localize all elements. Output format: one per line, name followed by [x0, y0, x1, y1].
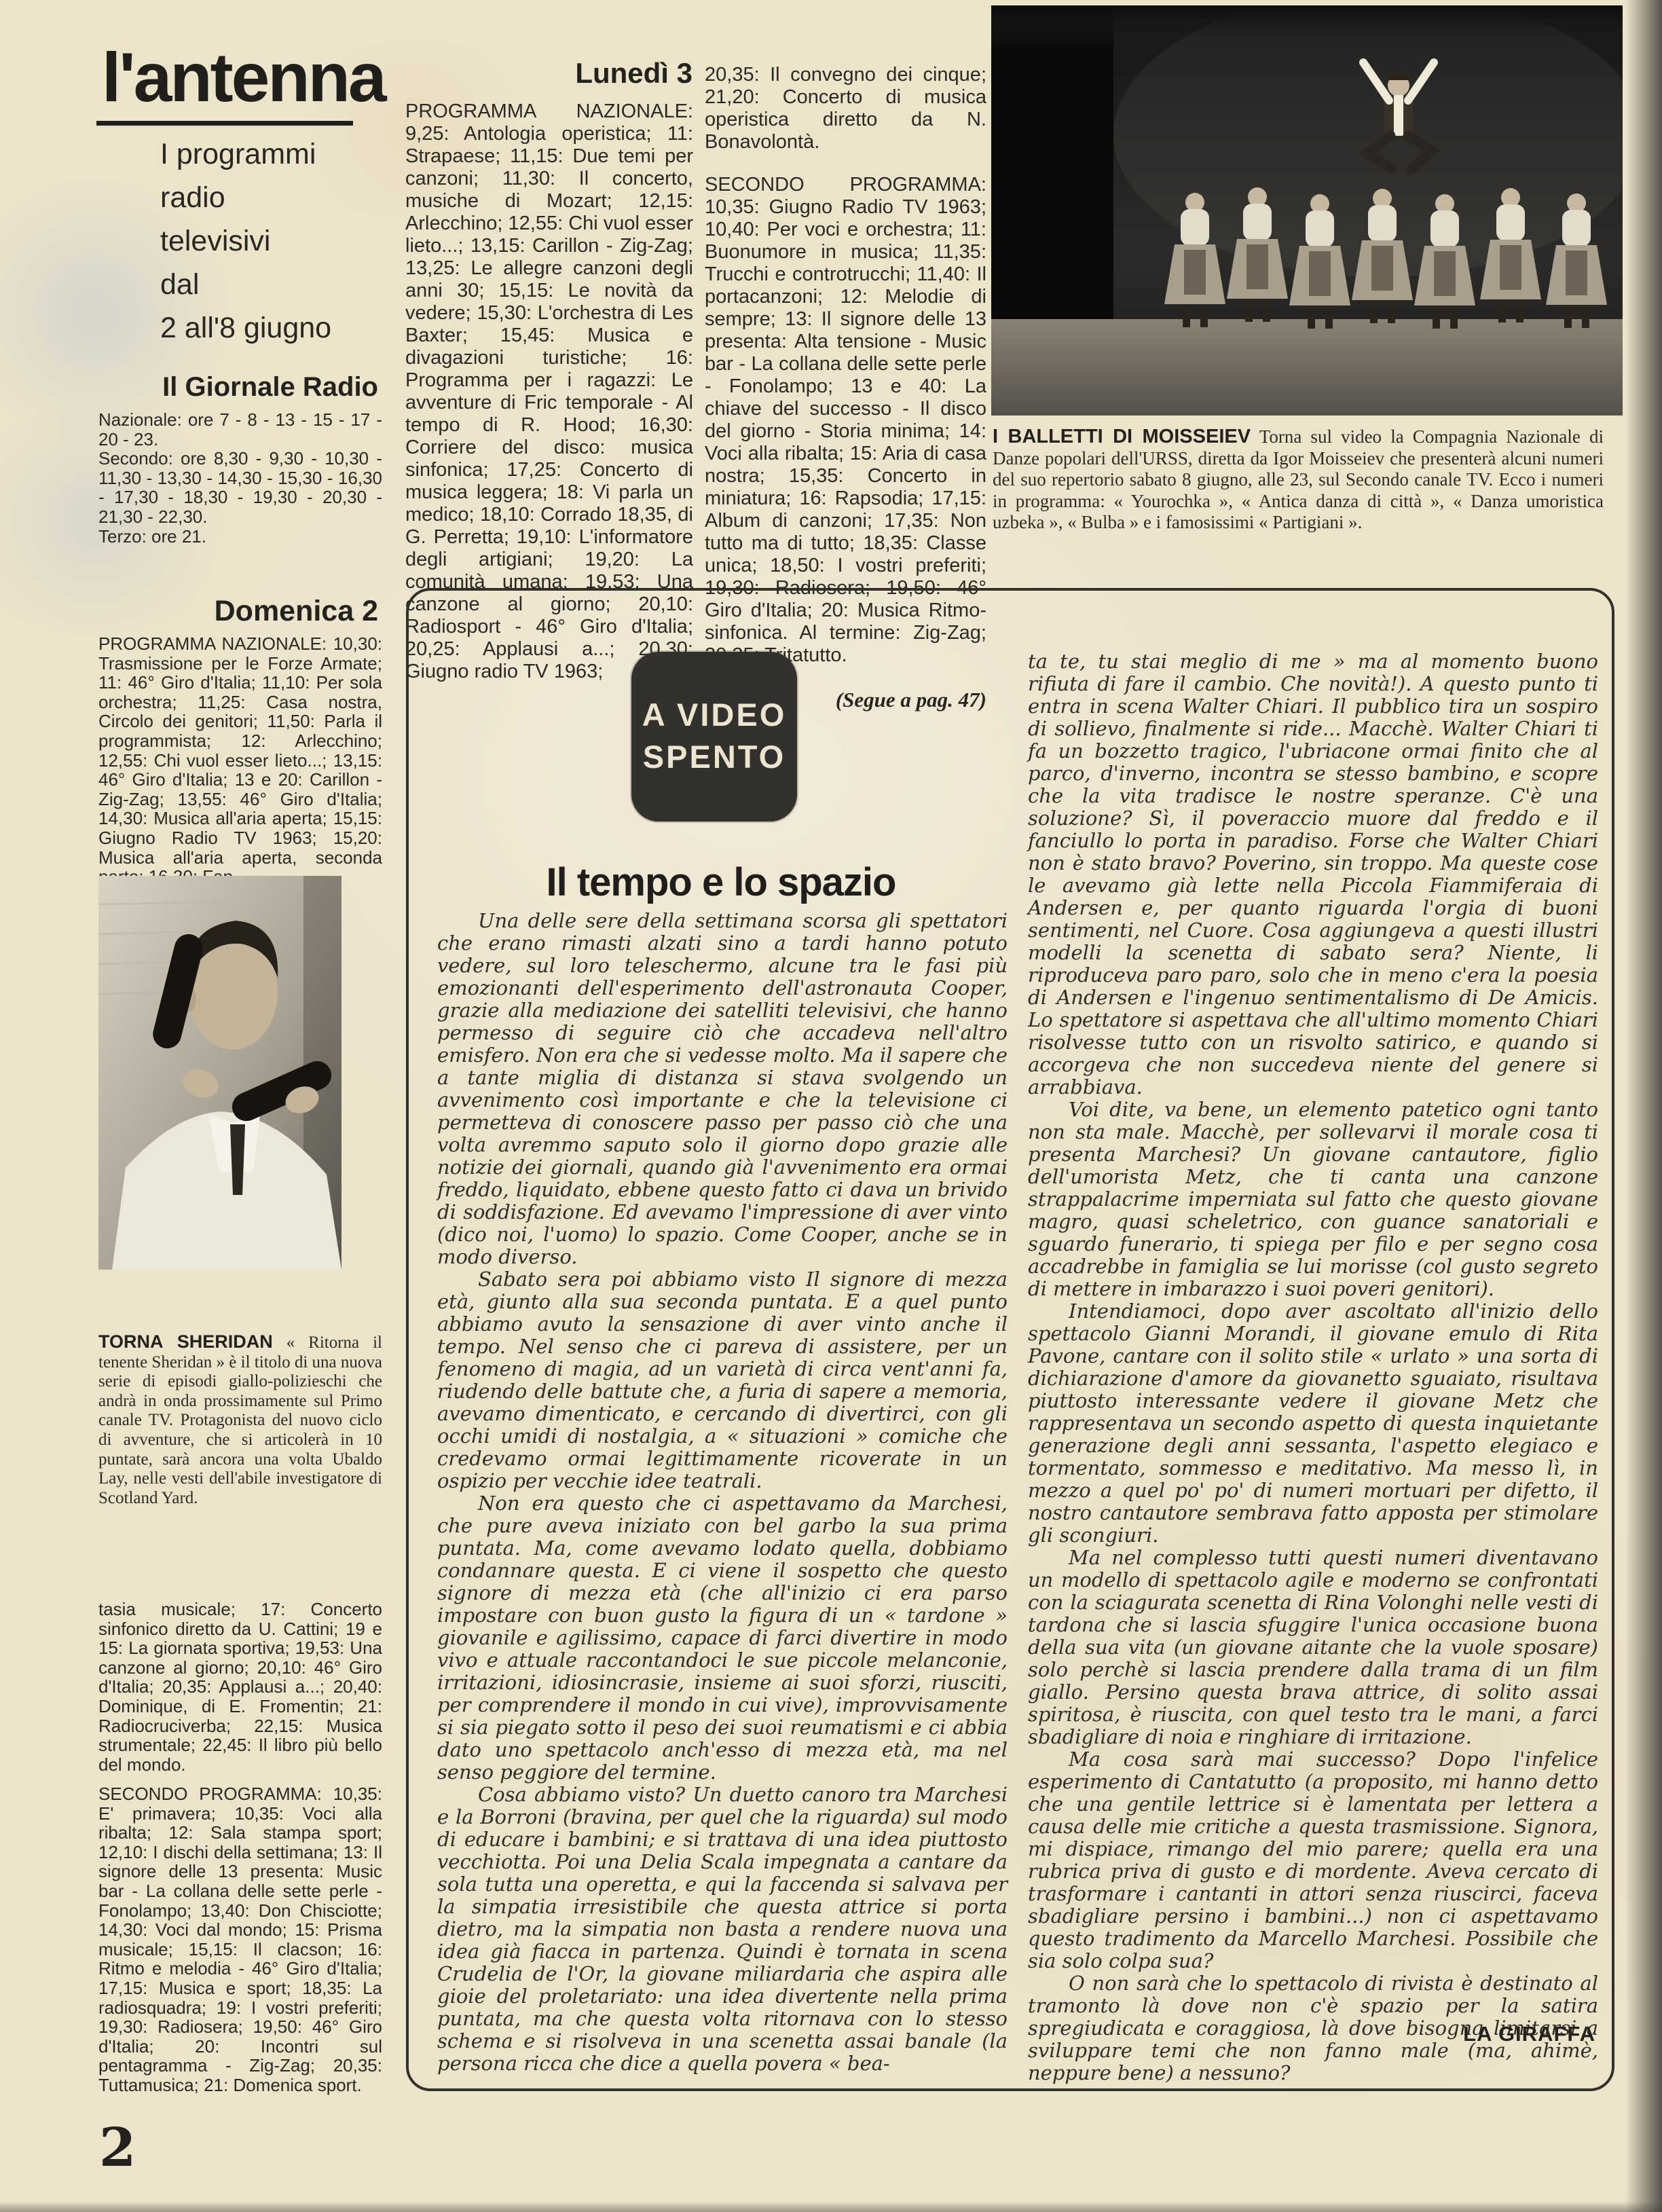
paragraph: 2 all'8 giugno: [160, 314, 331, 343]
scan-edge: [1625, 0, 1662, 2212]
paragraph: radio: [160, 183, 331, 213]
paragraph: ta te, tu stai meglio di me » ma al mome…: [1028, 650, 1598, 1099]
paragraph: I programmi: [160, 140, 331, 169]
masthead-title: l'antenna: [102, 38, 385, 117]
article-column-1: Una delle sere della settimana scorsa gl…: [437, 910, 1008, 2075]
article-title: Il tempo e lo spazio: [436, 860, 1006, 905]
domenica-programma-nazionale: PROGRAMMA NAZIONALE: 10,30: Trasmissione…: [98, 634, 382, 887]
giornale-radio-times: Nazionale: ore 7 - 8 - 13 - 15 - 17 - 20…: [98, 410, 382, 546]
domenica-continuation: tasia musicale; 17: Concerto sinfonico d…: [98, 1600, 382, 1774]
article-signature: LA GIRAFFA: [1028, 2022, 1595, 2046]
paragraph: Non era questo che ci aspettavamo da Mar…: [437, 1492, 1008, 1784]
paragraph: Voi dite, va bene, un elemento patetico …: [1028, 1099, 1598, 1300]
dancers-photo: [991, 5, 1623, 416]
paragraph: Sabato sera poi abbiamo visto Il signore…: [437, 1268, 1008, 1492]
paragraph: dal: [160, 270, 331, 299]
paragraph: Terzo: ore 21.: [98, 527, 382, 547]
scan-edge-bottom: [0, 2201, 1662, 2212]
paragraph: Ma cosa sarà mai successo? Dopo l'infeli…: [1028, 1748, 1598, 1972]
sheridan-caption: TORNA SHERIDAN « Ritorna il tenente Sher…: [98, 1332, 382, 1508]
article-box: A VIDEO SPENTO Il tempo e lo spazio Una …: [406, 588, 1614, 2091]
balletti-caption-lead: I BALLETTI DI MOISSEIEV: [993, 426, 1251, 447]
giornale-radio-heading: Il Giornale Radio: [98, 372, 378, 403]
badge-line-1: A VIDEO: [631, 694, 797, 736]
paragraph: Una delle sere della settimana scorsa gl…: [437, 910, 1008, 1268]
article-column-2: ta te, tu stai meglio di me » ma al mome…: [1028, 650, 1598, 2084]
sheridan-caption-text: « Ritorna il tenente Sheridan » è il tit…: [98, 1333, 382, 1507]
paragraph: Nazionale: ore 7 - 8 - 13 - 15 - 17 - 20…: [98, 410, 382, 449]
paragraph: televisivi: [160, 227, 331, 256]
page-number: 2: [99, 2117, 136, 2179]
a-video-spento-badge: A VIDEO SPENTO: [631, 652, 797, 822]
lunedi-heading: Lunedì 3: [404, 57, 692, 90]
lunedi-nazionale-fine: 20,35: Il convegno dei cinque; 21,20: Co…: [705, 64, 986, 153]
domenica-secondo-programma: SECONDO PROGRAMMA: 10,35: E' primavera; …: [98, 1784, 382, 2095]
paragraph: Ma nel complesso tutti questi numeri div…: [1028, 1547, 1598, 1748]
badge-line-2: SPENTO: [631, 736, 797, 778]
paragraph: Cosa abbiamo visto? Un duetto canoro tra…: [437, 1784, 1008, 2075]
balletti-caption: I BALLETTI DI MOISSEIEV Torna sul video …: [993, 426, 1604, 534]
sheridan-caption-lead: TORNA SHERIDAN: [98, 1331, 273, 1352]
domenica-heading: Domenica 2: [98, 595, 378, 628]
magazine-page: l'antenna I programmiradiotelevisividal2…: [0, 0, 1662, 2212]
masthead-subtitle: I programmiradiotelevisividal2 all'8 giu…: [160, 140, 331, 357]
paragraph: Intendiamoci, dopo aver ascoltato all'in…: [1028, 1300, 1598, 1547]
paragraph: Secondo: ore 8,30 - 9,30 - 10,30 - 11,30…: [98, 449, 382, 526]
sheridan-photo: [98, 876, 341, 1270]
masthead-rule: [96, 121, 353, 126]
